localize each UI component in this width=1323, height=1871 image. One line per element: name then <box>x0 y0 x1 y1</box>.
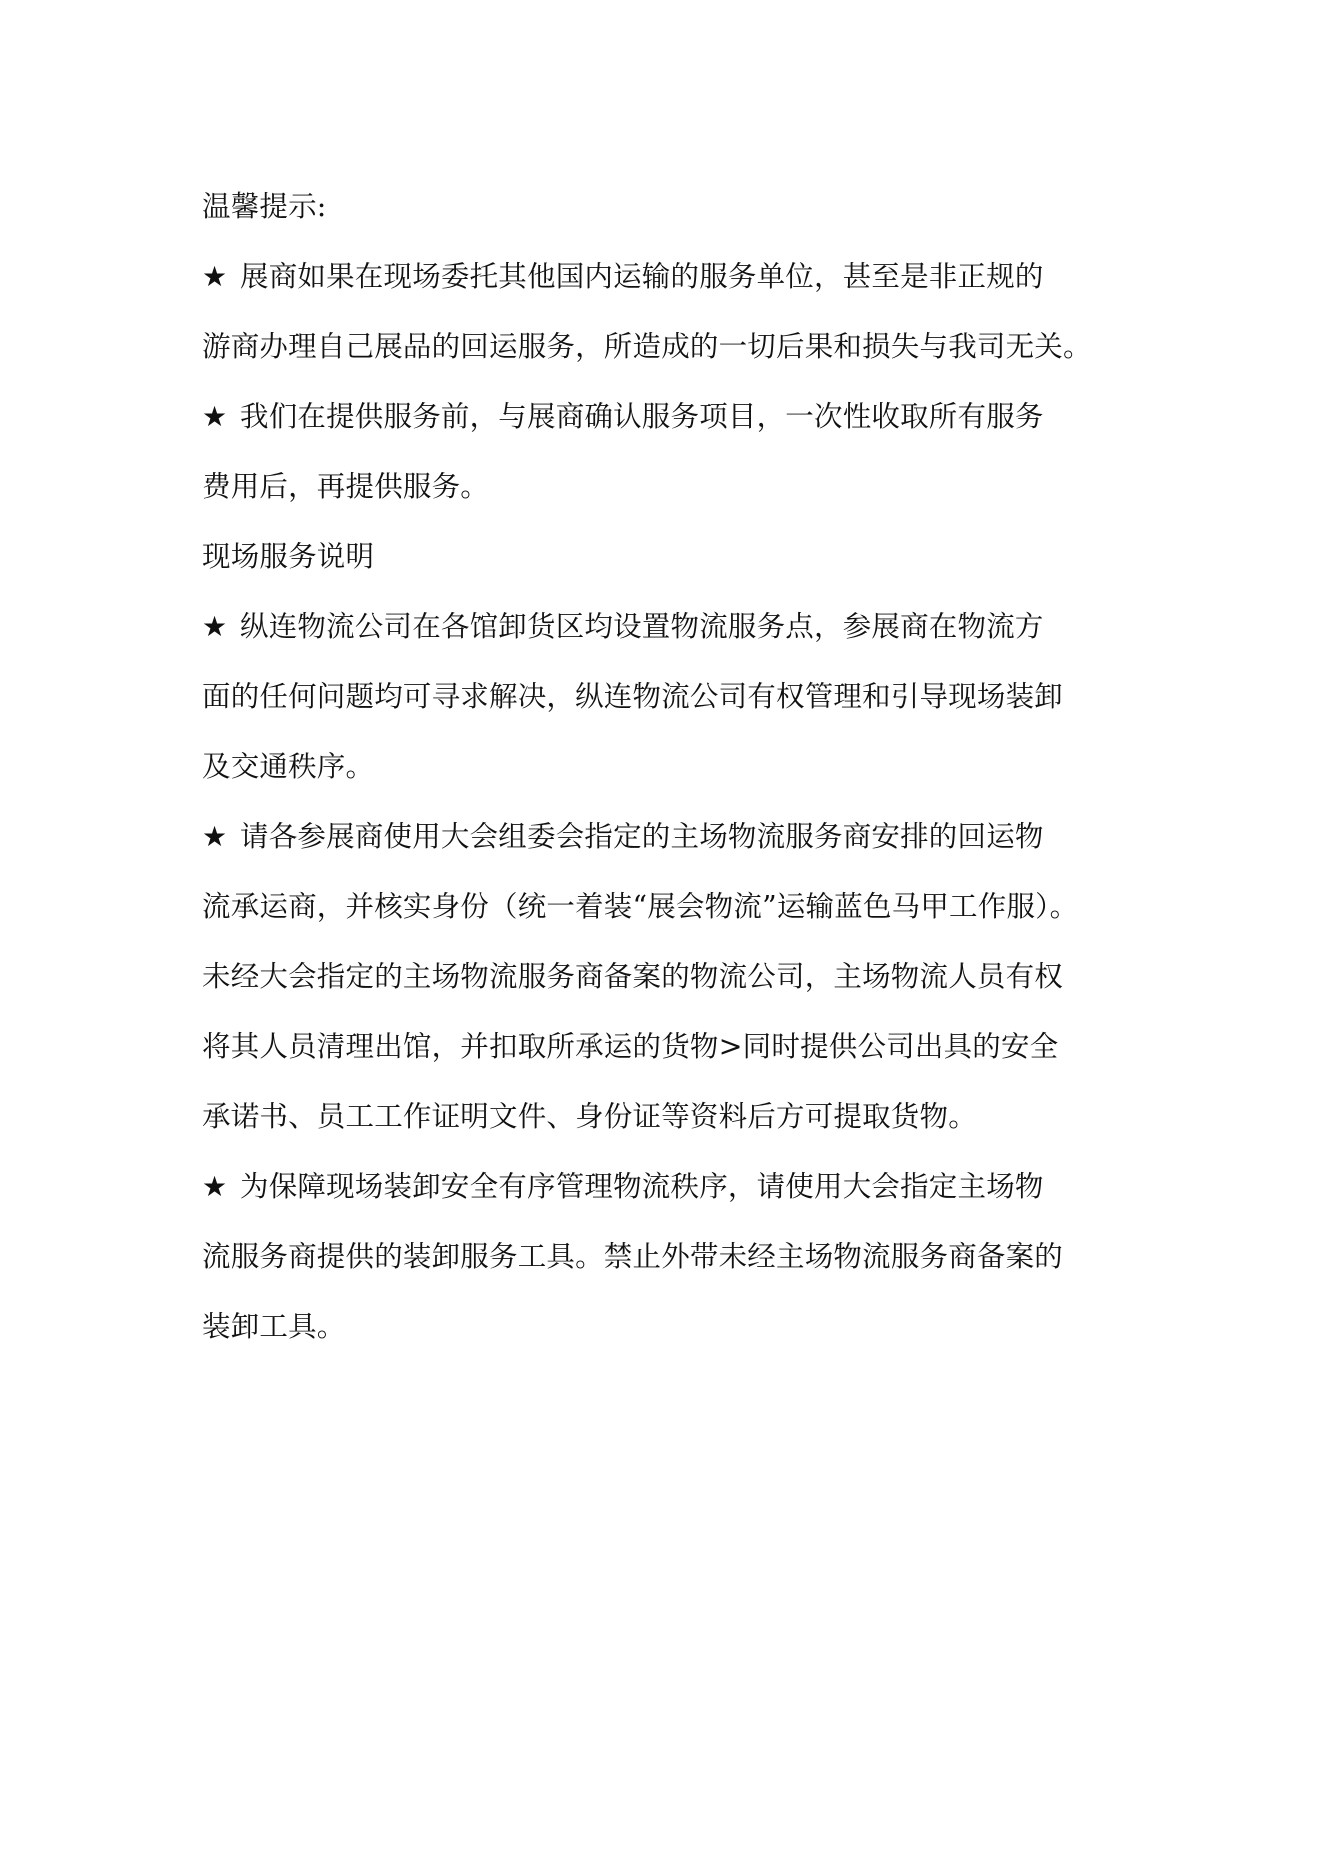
paragraph-line: 流承运商，并核实身份（统一着装“展会物流”运输蓝色马甲工作服）。 <box>202 872 1132 942</box>
warm-tip-item-2: ★我们在提供服务前，与展商确认服务项目，一次性收取所有服务 费用后，再提供服务。 <box>202 382 1132 522</box>
warm-tip-item-1: ★展商如果在现场委托其他国内运输的服务单位，甚至是非正规的 游商办理自己展品的回… <box>202 242 1132 382</box>
star-bullet-icon: ★ <box>202 242 240 312</box>
paragraph-line: 我们在提供服务前，与展商确认服务项目，一次性收取所有服务 <box>240 400 1044 433</box>
paragraph-line: 承诺书、员工工作证明文件、身份证等资料后方可提取货物。 <box>202 1082 1132 1152</box>
paragraph-line: 纵连物流公司在各馆卸货区均设置物流服务点，参展商在物流方 <box>240 610 1044 643</box>
document-page: 温馨提示: ★展商如果在现场委托其他国内运输的服务单位，甚至是非正规的 游商办理… <box>202 172 1132 1362</box>
paragraph-line: 展商如果在现场委托其他国内运输的服务单位，甚至是非正规的 <box>240 260 1044 293</box>
onsite-service-heading: 现场服务说明 <box>202 522 1132 592</box>
paragraph-line: 装卸工具。 <box>202 1292 1132 1362</box>
star-bullet-icon: ★ <box>202 592 240 662</box>
paragraph-line: 面的任何问题均可寻求解决，纵连物流公司有权管理和引导现场装卸 <box>202 662 1132 732</box>
paragraph-line: 请各参展商使用大会组委会指定的主场物流服务商安排的回运物 <box>240 820 1044 853</box>
onsite-service-item-1: ★纵连物流公司在各馆卸货区均设置物流服务点，参展商在物流方 面的任何问题均可寻求… <box>202 592 1132 802</box>
onsite-service-item-2: ★请各参展商使用大会组委会指定的主场物流服务商安排的回运物 流承运商，并核实身份… <box>202 802 1132 1152</box>
star-bullet-icon: ★ <box>202 1152 240 1222</box>
paragraph-line: 及交通秩序。 <box>202 732 1132 802</box>
onsite-service-item-3: ★为保障现场装卸安全有序管理物流秩序，请使用大会指定主场物 流服务商提供的装卸服… <box>202 1152 1132 1362</box>
star-bullet-icon: ★ <box>202 382 240 452</box>
paragraph-line: 将其人员清理出馆，并扣取所承运的货物>同时提供公司出具的安全 <box>202 1012 1132 1082</box>
paragraph-line: 未经大会指定的主场物流服务商备案的物流公司，主场物流人员有权 <box>202 942 1132 1012</box>
paragraph-line: 游商办理自己展品的回运服务，所造成的一切后果和损失与我司无关。 <box>202 312 1132 382</box>
warm-tip-section: 温馨提示: ★展商如果在现场委托其他国内运输的服务单位，甚至是非正规的 游商办理… <box>202 172 1132 522</box>
paragraph-line: 费用后，再提供服务。 <box>202 452 1132 522</box>
star-bullet-icon: ★ <box>202 802 240 872</box>
warm-tip-heading: 温馨提示: <box>202 172 1132 242</box>
onsite-service-section: 现场服务说明 ★纵连物流公司在各馆卸货区均设置物流服务点，参展商在物流方 面的任… <box>202 522 1132 1362</box>
paragraph-line: 流服务商提供的装卸服务工具。禁止外带未经主场物流服务商备案的 <box>202 1222 1132 1292</box>
paragraph-line: 为保障现场装卸安全有序管理物流秩序，请使用大会指定主场物 <box>240 1170 1044 1203</box>
